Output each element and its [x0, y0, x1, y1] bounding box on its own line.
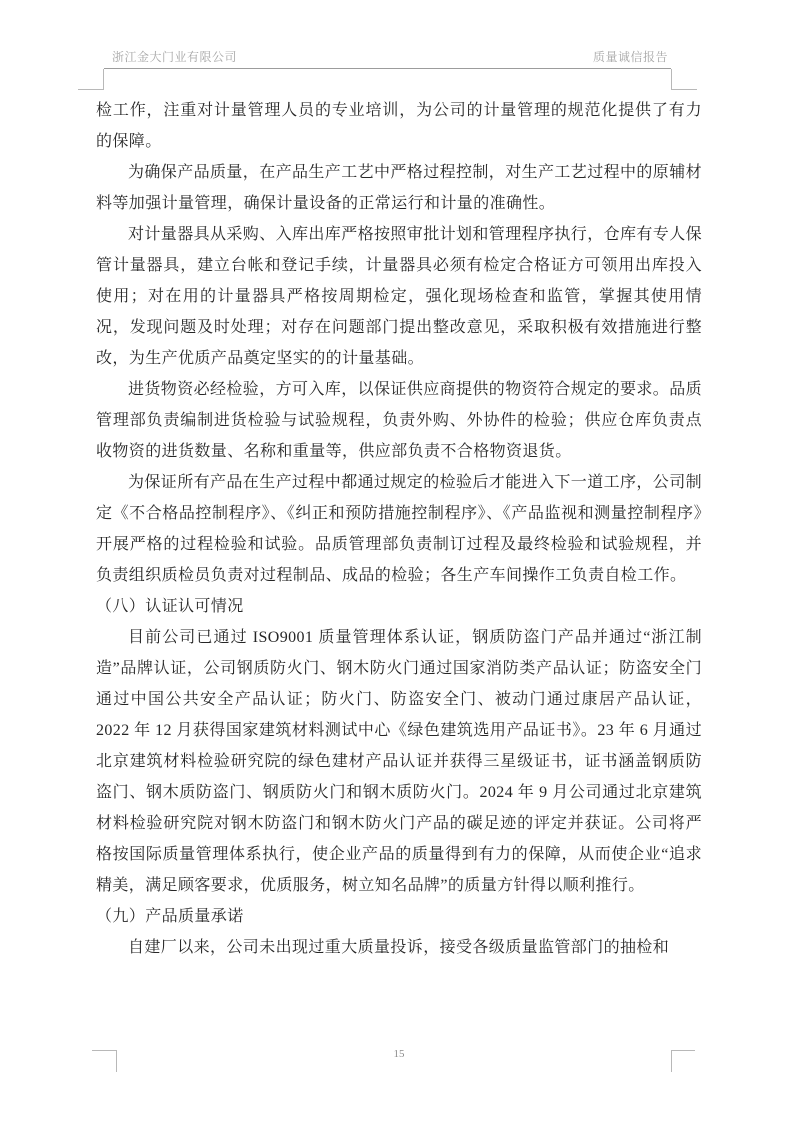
- paragraph: 目前公司已通过 ISO9001 质量管理体系认证，钢质防盗门产品并通过“浙江制造…: [96, 622, 702, 901]
- paragraph: 为确保产品质量，在产品生产工艺中严格过程控制，对生产工艺过程中的原辅材料等加强计…: [96, 157, 702, 219]
- paragraph: 为保证所有产品在生产过程中都通过规定的检验后才能进入下一道工序，公司制定《不合格…: [96, 467, 702, 591]
- header-report-title: 质量诚信报告: [593, 48, 668, 65]
- paragraph: 对计量器具从采购、入库出库严格按照审批计划和管理程序执行，仓库有专人保管计量器具…: [96, 219, 702, 374]
- paragraph: 进货物资必经检验，方可入库，以保证供应商提供的物资符合规定的要求。品质管理部负责…: [96, 374, 702, 467]
- section-heading: （八）认证认可情况: [96, 591, 702, 622]
- page-header: 浙江金大门业有限公司 质量诚信报告: [104, 48, 671, 69]
- paragraph-continuation: 检工作，注重对计量管理人员的专业培训，为公司的计量管理的规范化提供了有力的保障。: [96, 95, 702, 157]
- paragraph: 自建厂以来，公司未出现过重大质量投诉，接受各级质量监管部门的抽检和: [96, 932, 702, 963]
- corner-mark-top-left: [78, 69, 104, 90]
- header-company-name: 浙江金大门业有限公司: [112, 48, 237, 65]
- document-body: 检工作，注重对计量管理人员的专业培训，为公司的计量管理的规范化提供了有力的保障。…: [96, 95, 702, 963]
- corner-mark-top-right: [671, 69, 697, 90]
- document-page: 浙江金大门业有限公司 质量诚信报告 检工作，注重对计量管理人员的专业培训，为公司…: [0, 0, 794, 1122]
- page-number: 15: [394, 1048, 405, 1060]
- page-footer: 15: [96, 1048, 702, 1060]
- section-heading: （九）产品质量承诺: [96, 901, 702, 932]
